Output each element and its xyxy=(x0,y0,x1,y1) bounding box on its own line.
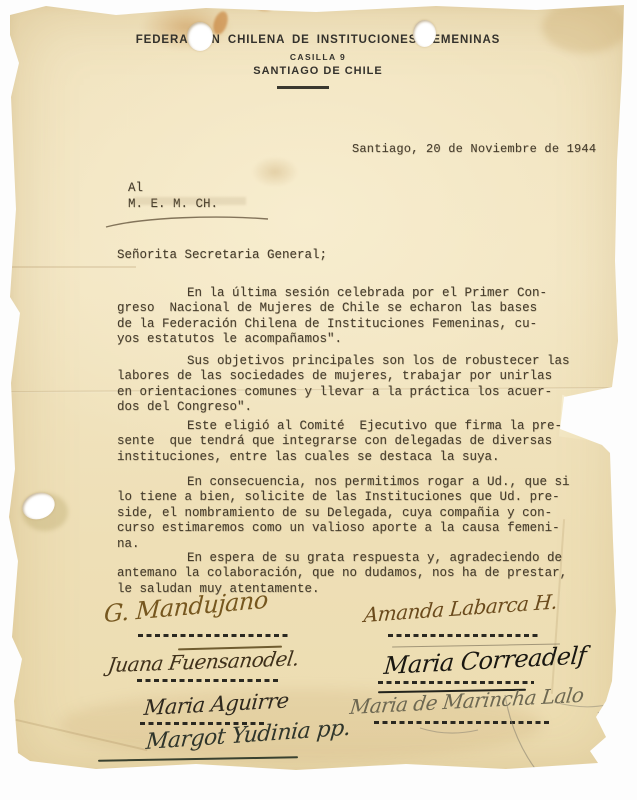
bottom-left-crease xyxy=(16,719,148,751)
punch-hole xyxy=(19,489,58,524)
signature-dashed-line xyxy=(378,681,534,684)
paragraph-1: En la última sesión celebrada por el Pri… xyxy=(117,286,569,348)
letter-paper: FEDERACION CHILENA DE INSTITUCIONES FEME… xyxy=(6,1,630,780)
salutation: Señorita Secretaria General; xyxy=(117,248,327,262)
paragraph-2: Sus objetivos principales son los de rob… xyxy=(117,354,569,416)
org-name: FEDERACION CHILENA DE INSTITUCIONES FEME… xyxy=(6,34,630,46)
org-city: SANTIAGO DE CHILE xyxy=(6,65,630,77)
punch-hole xyxy=(413,20,436,47)
paragraph-3: Este eligió al Comité Ejecutivo que firm… xyxy=(117,419,569,465)
signature: Maria de Marincha Lalo xyxy=(349,683,586,719)
date-line: Santiago, 20 de Noviembre de 1944 xyxy=(352,142,596,156)
signature: Juana Fuensanodel. xyxy=(106,646,300,677)
signature: Maria Aguirre xyxy=(143,688,290,720)
paragraph-5: En espera de su grata respuesta y, agrad… xyxy=(117,551,569,597)
recipient-line1: Al xyxy=(128,180,218,196)
signature-dashed-line xyxy=(374,721,552,724)
signature-dashed-line xyxy=(138,634,288,637)
rust-drip xyxy=(211,10,231,37)
org-address: CASILLA 9 xyxy=(6,52,630,62)
paragraph-4: En consecuencia, nos permitimos rogar a … xyxy=(117,475,569,552)
punch-hole xyxy=(187,22,213,51)
signature-dashed-line xyxy=(137,679,281,682)
left-crease xyxy=(6,266,136,268)
erased-text-smudge xyxy=(134,197,246,205)
signature-dashed-line xyxy=(388,634,540,637)
rust-dot xyxy=(256,2,274,11)
faint-stain xyxy=(252,157,298,187)
letterhead-divider xyxy=(277,86,329,89)
signature: Maria Correadelf xyxy=(383,641,588,680)
pen-underline xyxy=(98,756,298,761)
scan-background: FEDERACION CHILENA DE INSTITUCIONES FEME… xyxy=(0,0,637,800)
recipient-block: Al M. E. M. CH. xyxy=(128,180,218,212)
